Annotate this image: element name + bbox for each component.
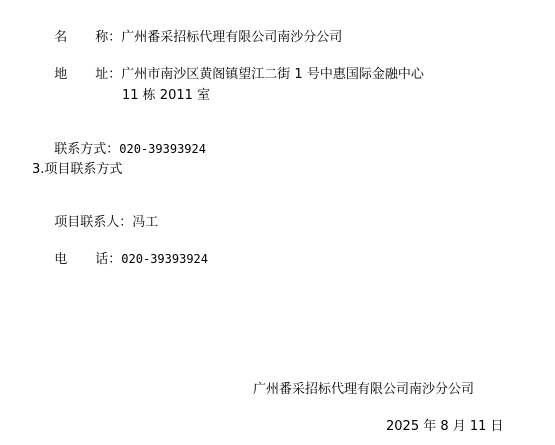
contact-person-label: 项目联系人： bbox=[54, 215, 132, 230]
phone-label: 联系方式： bbox=[54, 142, 119, 157]
address-label: 地 bbox=[54, 67, 67, 82]
tel-label-suffix: 话： bbox=[95, 252, 121, 267]
section-3-heading: 3.项目联系方式 bbox=[32, 162, 122, 178]
signature-company: 广州番采招标代理有限公司南沙分公司 bbox=[253, 382, 474, 398]
tel-row: 电话：020-39393924 bbox=[46, 235, 208, 268]
address-continuation: 11 栋 2011 室 bbox=[122, 88, 210, 104]
address-row: 地址：广州市南沙区黄阁镇望江二街 1 号中惠国际金融中心 bbox=[46, 51, 424, 83]
contact-person-value: 冯工 bbox=[132, 215, 158, 230]
address-label-suffix: 址： bbox=[95, 67, 121, 82]
phone-value: 020-39393924 bbox=[119, 142, 206, 156]
name-value: 广州番采招标代理有限公司南沙分公司 bbox=[121, 30, 342, 45]
tel-value: 020-39393924 bbox=[121, 252, 208, 266]
name-row: 名称：广州番采招标代理有限公司南沙分公司 bbox=[46, 14, 342, 46]
address-value: 广州市南沙区黄阁镇望江二街 1 号中惠国际金融中心 bbox=[121, 67, 424, 82]
name-label-suffix: 称： bbox=[95, 30, 121, 45]
phone-row: 联系方式：020-39393924 bbox=[46, 125, 206, 158]
tel-label: 电 bbox=[54, 252, 67, 267]
name-label: 名 bbox=[54, 30, 67, 45]
signature-date: 2025 年 8 月 11 日 bbox=[386, 419, 504, 435]
contact-person-row: 项目联系人：冯工 bbox=[46, 199, 158, 231]
